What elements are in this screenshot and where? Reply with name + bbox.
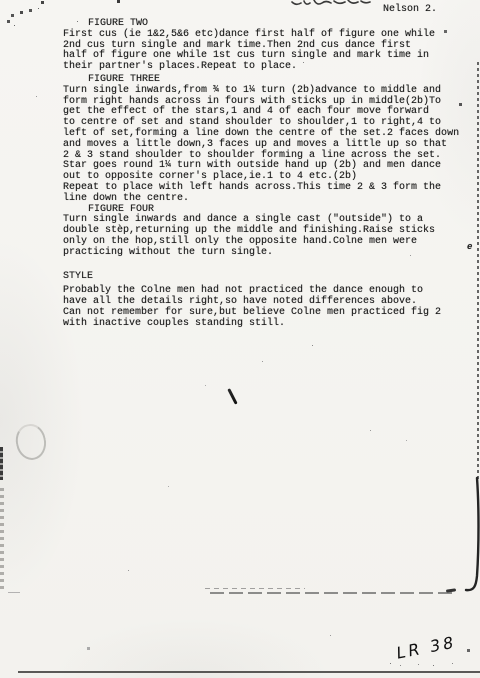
style-text: Probably the Colne men had not practiced…: [63, 286, 463, 329]
left-edge-smudge: [0, 488, 4, 592]
ring-impression-mark: [13, 421, 50, 462]
faint-horizontal-crease-upper: [205, 588, 305, 589]
left-edge-ink-strip: [0, 447, 3, 480]
section-style: STYLE Probably the Colne men had not pra…: [63, 272, 463, 330]
handwritten-page-ref: LR 38: [396, 632, 456, 663]
figure-two-text: First cus (ie 1&2,5&6 etc)dance first ha…: [63, 30, 463, 73]
document-body: FIGURE TWO First cus (ie 1&2,5&6 etc)dan…: [63, 19, 463, 330]
style-heading: STYLE: [63, 272, 463, 283]
faint-horizontal-crease-lower: [210, 592, 455, 594]
section-figure-four: FIGURE FOUR Turn single inwards and danc…: [63, 205, 463, 259]
section-figure-two: FIGURE TWO First cus (ie 1&2,5&6 etc)dan…: [63, 19, 463, 73]
figure-three-text: Turn single inwards,from ¾ to 1¼ turn (2…: [63, 86, 463, 205]
stray-ink-stroke: [227, 388, 237, 404]
bottom-page-edge-line: [18, 671, 480, 673]
right-edge-pen-stroke: [462, 476, 480, 598]
figure-four-text: Turn single inwards and dance a single c…: [63, 215, 463, 258]
section-figure-three: FIGURE THREE Turn single inwards,from ¾ …: [63, 75, 463, 205]
bottom-pencil-ticks: [0, 0, 1, 1]
scanned-page: Nelson 2. FIGURE TWO First cus (ie 1&2,5…: [0, 0, 480, 678]
page-header: Nelson 2.: [383, 5, 437, 16]
crease-left-fragment: [8, 592, 20, 593]
cut-off-handwriting-fragment: [290, 0, 395, 7]
right-edge-stitch-line: [477, 62, 479, 482]
margin-stray-letter: e: [467, 242, 472, 253]
